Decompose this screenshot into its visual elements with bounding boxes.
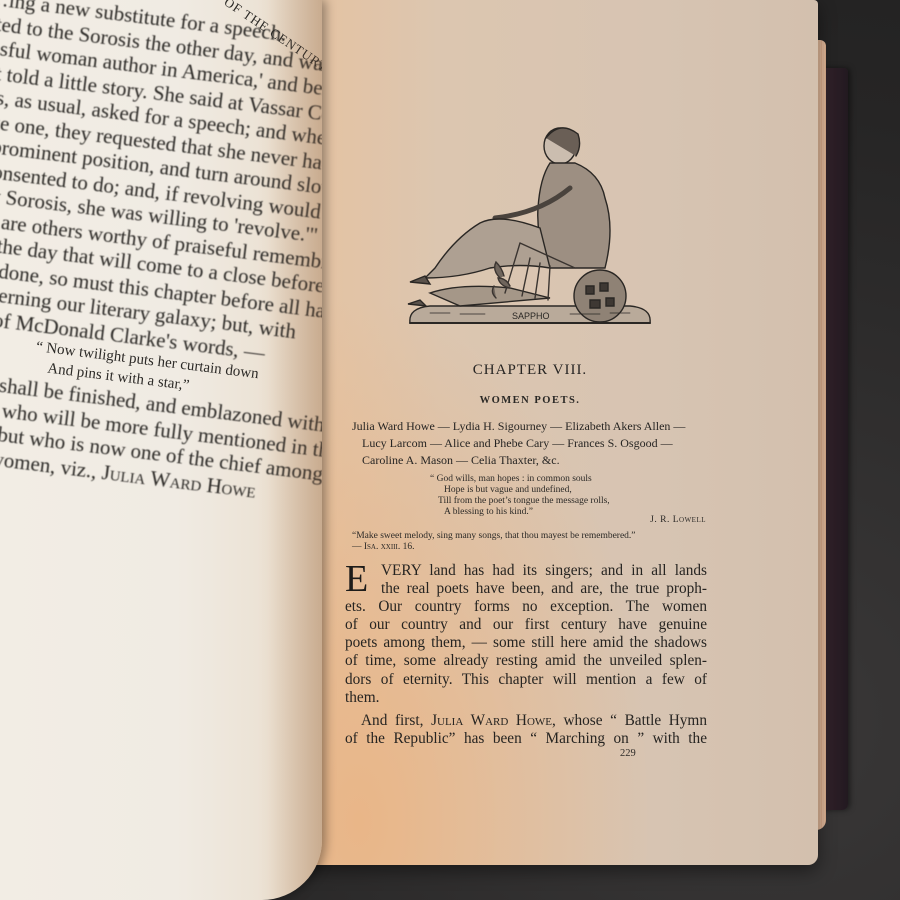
left-page-text: …ing a new substitute for a speech. …ent… — [0, 0, 317, 503]
epigraph-line: “ God wills, man hopes : in common souls — [430, 474, 710, 485]
page-number: 229 — [620, 748, 636, 759]
body-line: dors of eternity. This chapter will ment… — [345, 671, 707, 689]
body-line: of the Republic” has been “ Marching on … — [345, 730, 707, 748]
body-line: poets among them, — some still here amid… — [345, 634, 707, 652]
body-line: ets. Our country forms no exception. The… — [345, 598, 707, 616]
poets-list-line: Julia Ward Howe — Lydia H. Sigourney — E… — [352, 418, 710, 435]
sappho-figure-icon: SAPPHO — [400, 118, 655, 338]
body-line: VERY land has had its singers; and in al… — [345, 562, 707, 580]
poets-list-line: Caroline A. Mason — Celia Thaxter, &c. — [352, 452, 710, 469]
body-line-paragraph-2: And first, Julia Ward Howe, whose “ Batt… — [345, 712, 707, 730]
text-fragment: , whose “ Battle Hymn — [552, 712, 707, 729]
epigraph-line: Till from the poet’s tongue the message … — [430, 496, 710, 507]
body-line: them. — [345, 689, 707, 707]
scripture-reference: — Isa. xxiii. 16. — [352, 542, 712, 553]
poets-list: Julia Ward Howe — Lydia H. Sigourney — E… — [352, 418, 710, 469]
epigraph-attribution: J. R. Lowell — [560, 515, 706, 525]
body-line: of our country and our first century hav… — [345, 616, 707, 634]
epigraph-line: Hope is but vague and undefined, — [430, 485, 710, 496]
body-line: of time, some already resting amid the u… — [345, 652, 707, 670]
svg-text:SAPPHO: SAPPHO — [512, 311, 550, 321]
sappho-illustration: SAPPHO — [400, 118, 655, 338]
chapter-title: CHAPTER VIII. — [352, 362, 708, 379]
person-name: Julia Ward Howe — [431, 712, 552, 729]
scripture-quote: “Make sweet melody, sing many songs, tha… — [352, 531, 712, 553]
poets-list-line: Lucy Larcom — Alice and Phebe Cary — Fra… — [352, 435, 710, 452]
text-fragment: And first, — [361, 712, 431, 729]
chapter-body-text: VERY land has had its singers; and in al… — [345, 562, 707, 748]
left-page: OF THE CENTURY. …ing a new substitute fo… — [0, 0, 322, 900]
epigraph-poem: “ God wills, man hopes : in common souls… — [430, 474, 710, 518]
chapter-subtitle: WOMEN POETS. — [352, 395, 708, 406]
body-line: the real poets have been, and are, the t… — [345, 580, 707, 598]
scripture-line: “Make sweet melody, sing many songs, tha… — [352, 531, 712, 542]
